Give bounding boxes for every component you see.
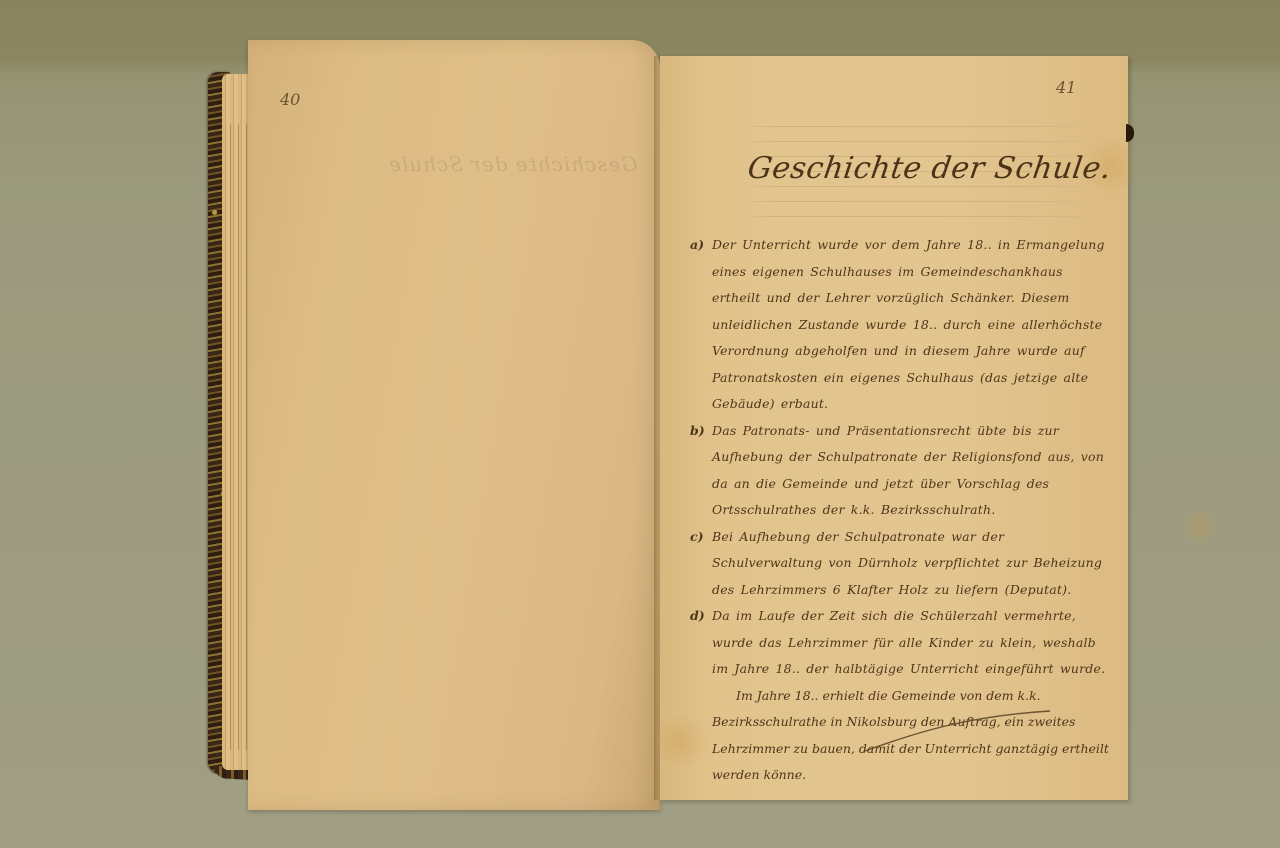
paper-stain [1180, 506, 1220, 546]
entry-text: Da im Laufe der Zeit sich die Schülerzah… [712, 603, 1110, 683]
entry-text: Das Patronats- und Präsentationsrecht üb… [712, 418, 1110, 524]
book-photo: 40 Geschichte der Schule 41 Geschichte d… [0, 0, 1280, 848]
entry-c: c) Bei Aufhebung der Schulpatronate war … [690, 524, 1110, 604]
end-flourish-stroke [860, 706, 1060, 756]
entry-marker: c) [690, 524, 704, 551]
entry-a: a) Der Unterricht wurde vor dem Jahre 18… [690, 232, 1110, 418]
page-edge-line [246, 124, 247, 750]
entry-marker: d) [690, 603, 705, 630]
entry-d: d) Da im Laufe der Zeit sich die Schüler… [690, 603, 1110, 683]
left-page-number: 40 [280, 90, 300, 109]
right-page-number: 41 [1056, 78, 1076, 97]
page-edge-line [230, 124, 231, 750]
book-clasp [1126, 124, 1134, 142]
left-page: 40 Geschichte der Schule [248, 40, 660, 810]
entry-marker: b) [690, 418, 705, 445]
entry-marker: a) [690, 232, 704, 259]
chronicle-title: Geschichte der Schule. [746, 151, 1114, 186]
entry-text: Bei Aufhebung der Schulpatronate war der… [712, 524, 1110, 604]
bleed-through-text: Geschichte der Schule [388, 152, 637, 176]
page-edge-line [238, 124, 239, 750]
entry-text: Der Unterricht wurde vor dem Jahre 18.. … [712, 232, 1110, 418]
right-page: 41 Geschichte der Schule. a) Der Unterri… [660, 56, 1128, 800]
entry-b: b) Das Patronats- und Präsentationsrecht… [690, 418, 1110, 524]
